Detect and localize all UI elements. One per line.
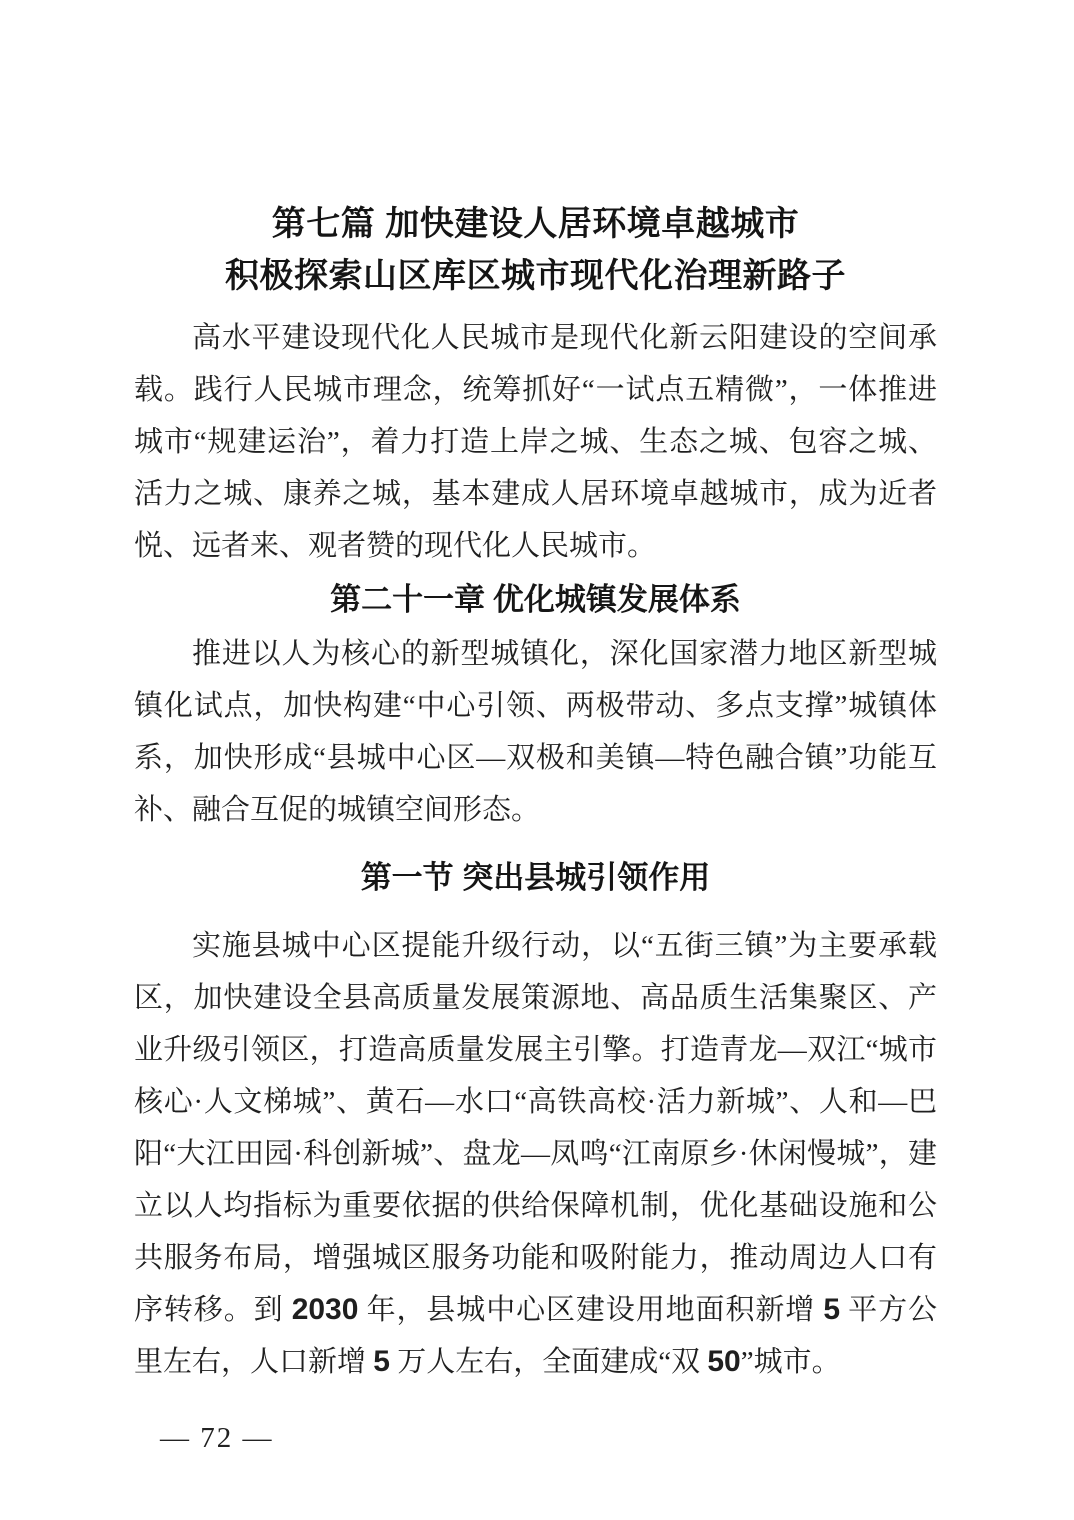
part-title-line1: 第七篇 加快建设人居环境卓越城市 (134, 198, 937, 250)
chapter-heading: 第二十一章 优化城镇发展体系 (134, 574, 937, 626)
page-number: — 72 — (160, 1420, 937, 1456)
chapter-paragraph: 推进以人为核心的新型城镇化，深化国家潜力地区新型城镇化试点，加快构建“中心引领、… (134, 628, 937, 836)
part-title-line2: 积极探索山区库区城市现代化治理新路子 (134, 250, 937, 302)
section-heading: 第一节 突出县城引领作用 (134, 852, 937, 904)
intro-paragraph: 高水平建设现代化人民城市是现代化新云阳建设的空间承载。践行人民城市理念，统筹抓好… (134, 312, 937, 572)
document-page: 第七篇 加快建设人居环境卓越城市 积极探索山区库区城市现代化治理新路子 高水平建… (0, 0, 1074, 1520)
section-paragraph: 实施县城中心区提能升级行动，以“五街三镇”为主要承载区，加快建设全县高质量发展策… (134, 920, 937, 1388)
